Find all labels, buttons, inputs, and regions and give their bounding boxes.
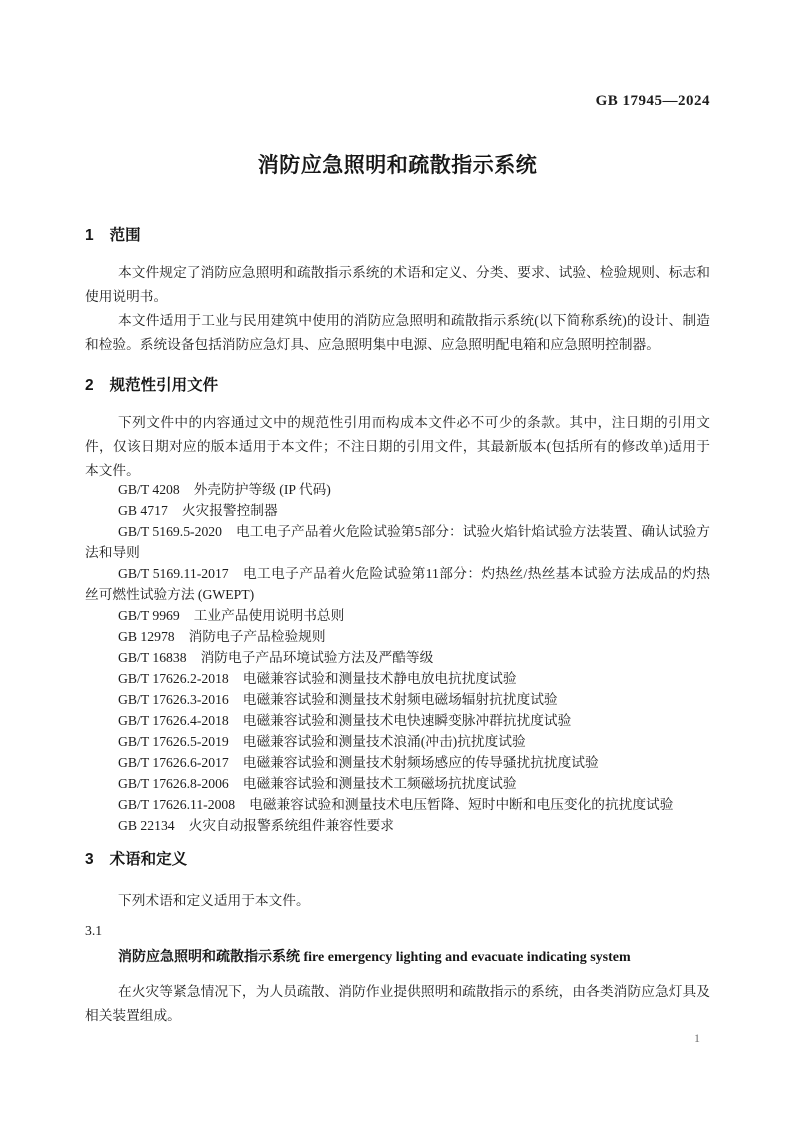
document-page: GB 17945—2024 消防应急照明和疏散指示系统 1范围 本文件规定了消防… bbox=[0, 0, 793, 1122]
reference-title: 火灾自动报警系统组件兼容性要求 bbox=[189, 818, 394, 833]
reference-item: GB/T 17626.3-2016电磁兼容试验和测量技术射频电磁场辐射抗扰度试验 bbox=[85, 689, 710, 710]
reference-code: GB/T 17626.5-2019 bbox=[118, 734, 229, 749]
standard-number: GB 17945—2024 bbox=[85, 93, 710, 110]
section-scope: 1范围 本文件规定了消防应急照明和疏散指示系统的术语和定义、分类、要求、试验、检… bbox=[85, 225, 710, 357]
reference-item: GB/T 5169.11-2017电工电子产品着火危险试验第11部分：灼热丝/热… bbox=[85, 563, 710, 605]
reference-list: GB/T 4208外壳防护等级 (IP 代码)GB 4717火灾报警控制器GB/… bbox=[85, 479, 710, 836]
reference-item: GB/T 9969工业产品使用说明书总则 bbox=[85, 605, 710, 626]
section-3-heading: 3术语和定义 bbox=[85, 849, 710, 871]
reference-code: GB 4717 bbox=[118, 503, 168, 518]
section-1-label: 范围 bbox=[110, 227, 141, 244]
section-1-number: 1 bbox=[85, 227, 94, 244]
reference-title: 电磁兼容试验和测量技术浪涌(冲击)抗扰度试验 bbox=[243, 734, 526, 749]
reference-code: GB/T 17626.8-2006 bbox=[118, 776, 229, 791]
reference-item: GB/T 17626.5-2019电磁兼容试验和测量技术浪涌(冲击)抗扰度试验 bbox=[85, 731, 710, 752]
reference-code: GB/T 5169.5-2020 bbox=[118, 524, 222, 539]
scope-paragraph-2: 本文件适用于工业与民用建筑中使用的消防应急照明和疏散指示系统(以下简称系统)的设… bbox=[85, 309, 710, 357]
reference-code: GB/T 17626.3-2016 bbox=[118, 692, 229, 707]
reference-code: GB/T 4208 bbox=[118, 482, 180, 497]
reference-title: 消防电子产品检验规则 bbox=[189, 629, 326, 644]
reference-title: 消防电子产品环境试验方法及严酷等级 bbox=[201, 650, 434, 665]
section-normative-references: 2规范性引用文件 下列文件中的内容通过文中的规范性引用而构成本文件必不可少的条款… bbox=[85, 375, 710, 836]
page-number: 1 bbox=[694, 1031, 700, 1045]
section-3-label: 术语和定义 bbox=[110, 851, 188, 868]
reference-code: GB/T 17626.4-2018 bbox=[118, 713, 229, 728]
reference-title: 电磁兼容试验和测量技术电快速瞬变脉冲群抗扰度试验 bbox=[243, 713, 572, 728]
reference-code: GB 12978 bbox=[118, 629, 175, 644]
reference-code: GB/T 17626.6-2017 bbox=[118, 755, 229, 770]
section-2-label: 规范性引用文件 bbox=[110, 377, 219, 394]
reference-title: 外壳防护等级 (IP 代码) bbox=[194, 482, 331, 497]
document-title: 消防应急照明和疏散指示系统 bbox=[85, 153, 710, 179]
reference-title: 火灾报警控制器 bbox=[182, 503, 278, 518]
reference-title: 电磁兼容试验和测量技术电压暂降、短时中断和电压变化的抗扰度试验 bbox=[249, 797, 673, 812]
reference-code: GB/T 17626.11-2008 bbox=[118, 797, 235, 812]
section-3-number: 3 bbox=[85, 851, 94, 868]
terms-intro-paragraph: 下列术语和定义适用于本文件。 bbox=[85, 889, 710, 913]
section-1-heading: 1范围 bbox=[85, 225, 710, 247]
reference-item: GB/T 16838消防电子产品环境试验方法及严酷等级 bbox=[85, 647, 710, 668]
term-english: fire emergency lighting and evacuate ind… bbox=[304, 950, 631, 965]
reference-item: GB/T 5169.5-2020电工电子产品着火危险试验第5部分：试验火焰针焰试… bbox=[85, 521, 710, 563]
term-number: 3.1 bbox=[85, 919, 710, 943]
term-chinese: 消防应急照明和疏散指示系统 bbox=[118, 948, 300, 964]
reference-title: 电磁兼容试验和测量技术射频场感应的传导骚扰抗扰度试验 bbox=[243, 755, 599, 770]
reference-item: GB 12978消防电子产品检验规则 bbox=[85, 626, 710, 647]
reference-item: GB/T 17626.2-2018电磁兼容试验和测量技术静电放电抗扰度试验 bbox=[85, 668, 710, 689]
reference-item: GB 22134火灾自动报警系统组件兼容性要求 bbox=[85, 815, 710, 836]
reference-item: GB/T 17626.11-2008电磁兼容试验和测量技术电压暂降、短时中断和电… bbox=[85, 794, 710, 815]
reference-code: GB 22134 bbox=[118, 818, 175, 833]
reference-code: GB/T 16838 bbox=[118, 650, 187, 665]
reference-item: GB 4717火灾报警控制器 bbox=[85, 500, 710, 521]
reference-code: GB/T 17626.2-2018 bbox=[118, 671, 229, 686]
term-heading: 消防应急照明和疏散指示系统 fire emergency lighting an… bbox=[85, 944, 710, 970]
reference-item: GB/T 4208外壳防护等级 (IP 代码) bbox=[85, 479, 710, 500]
reference-title: 工业产品使用说明书总则 bbox=[194, 608, 345, 623]
reference-item: GB/T 17626.8-2006电磁兼容试验和测量技术工频磁场抗扰度试验 bbox=[85, 773, 710, 794]
reference-title: 电磁兼容试验和测量技术工频磁场抗扰度试验 bbox=[243, 776, 517, 791]
reference-title: 电磁兼容试验和测量技术射频电磁场辐射抗扰度试验 bbox=[243, 692, 558, 707]
reference-code: GB/T 5169.11-2017 bbox=[118, 566, 229, 581]
reference-item: GB/T 17626.4-2018电磁兼容试验和测量技术电快速瞬变脉冲群抗扰度试… bbox=[85, 710, 710, 731]
reference-title: 电磁兼容试验和测量技术静电放电抗扰度试验 bbox=[243, 671, 517, 686]
term-definition: 在火灾等紧急情况下，为人员疏散、消防作业提供照明和疏散指示的系统，由各类消防应急… bbox=[85, 980, 710, 1028]
reference-code: GB/T 9969 bbox=[118, 608, 180, 623]
section-terms-and-definitions: 3术语和定义 下列术语和定义适用于本文件。 3.1 消防应急照明和疏散指示系统 … bbox=[85, 849, 710, 1028]
section-2-number: 2 bbox=[85, 377, 94, 394]
section-2-heading: 2规范性引用文件 bbox=[85, 375, 710, 397]
references-intro-paragraph: 下列文件中的内容通过文中的规范性引用而构成本文件必不可少的条款。其中，注日期的引… bbox=[85, 411, 710, 483]
reference-item: GB/T 17626.6-2017电磁兼容试验和测量技术射频场感应的传导骚扰抗扰… bbox=[85, 752, 710, 773]
scope-paragraph-1: 本文件规定了消防应急照明和疏散指示系统的术语和定义、分类、要求、试验、检验规则、… bbox=[85, 261, 710, 309]
